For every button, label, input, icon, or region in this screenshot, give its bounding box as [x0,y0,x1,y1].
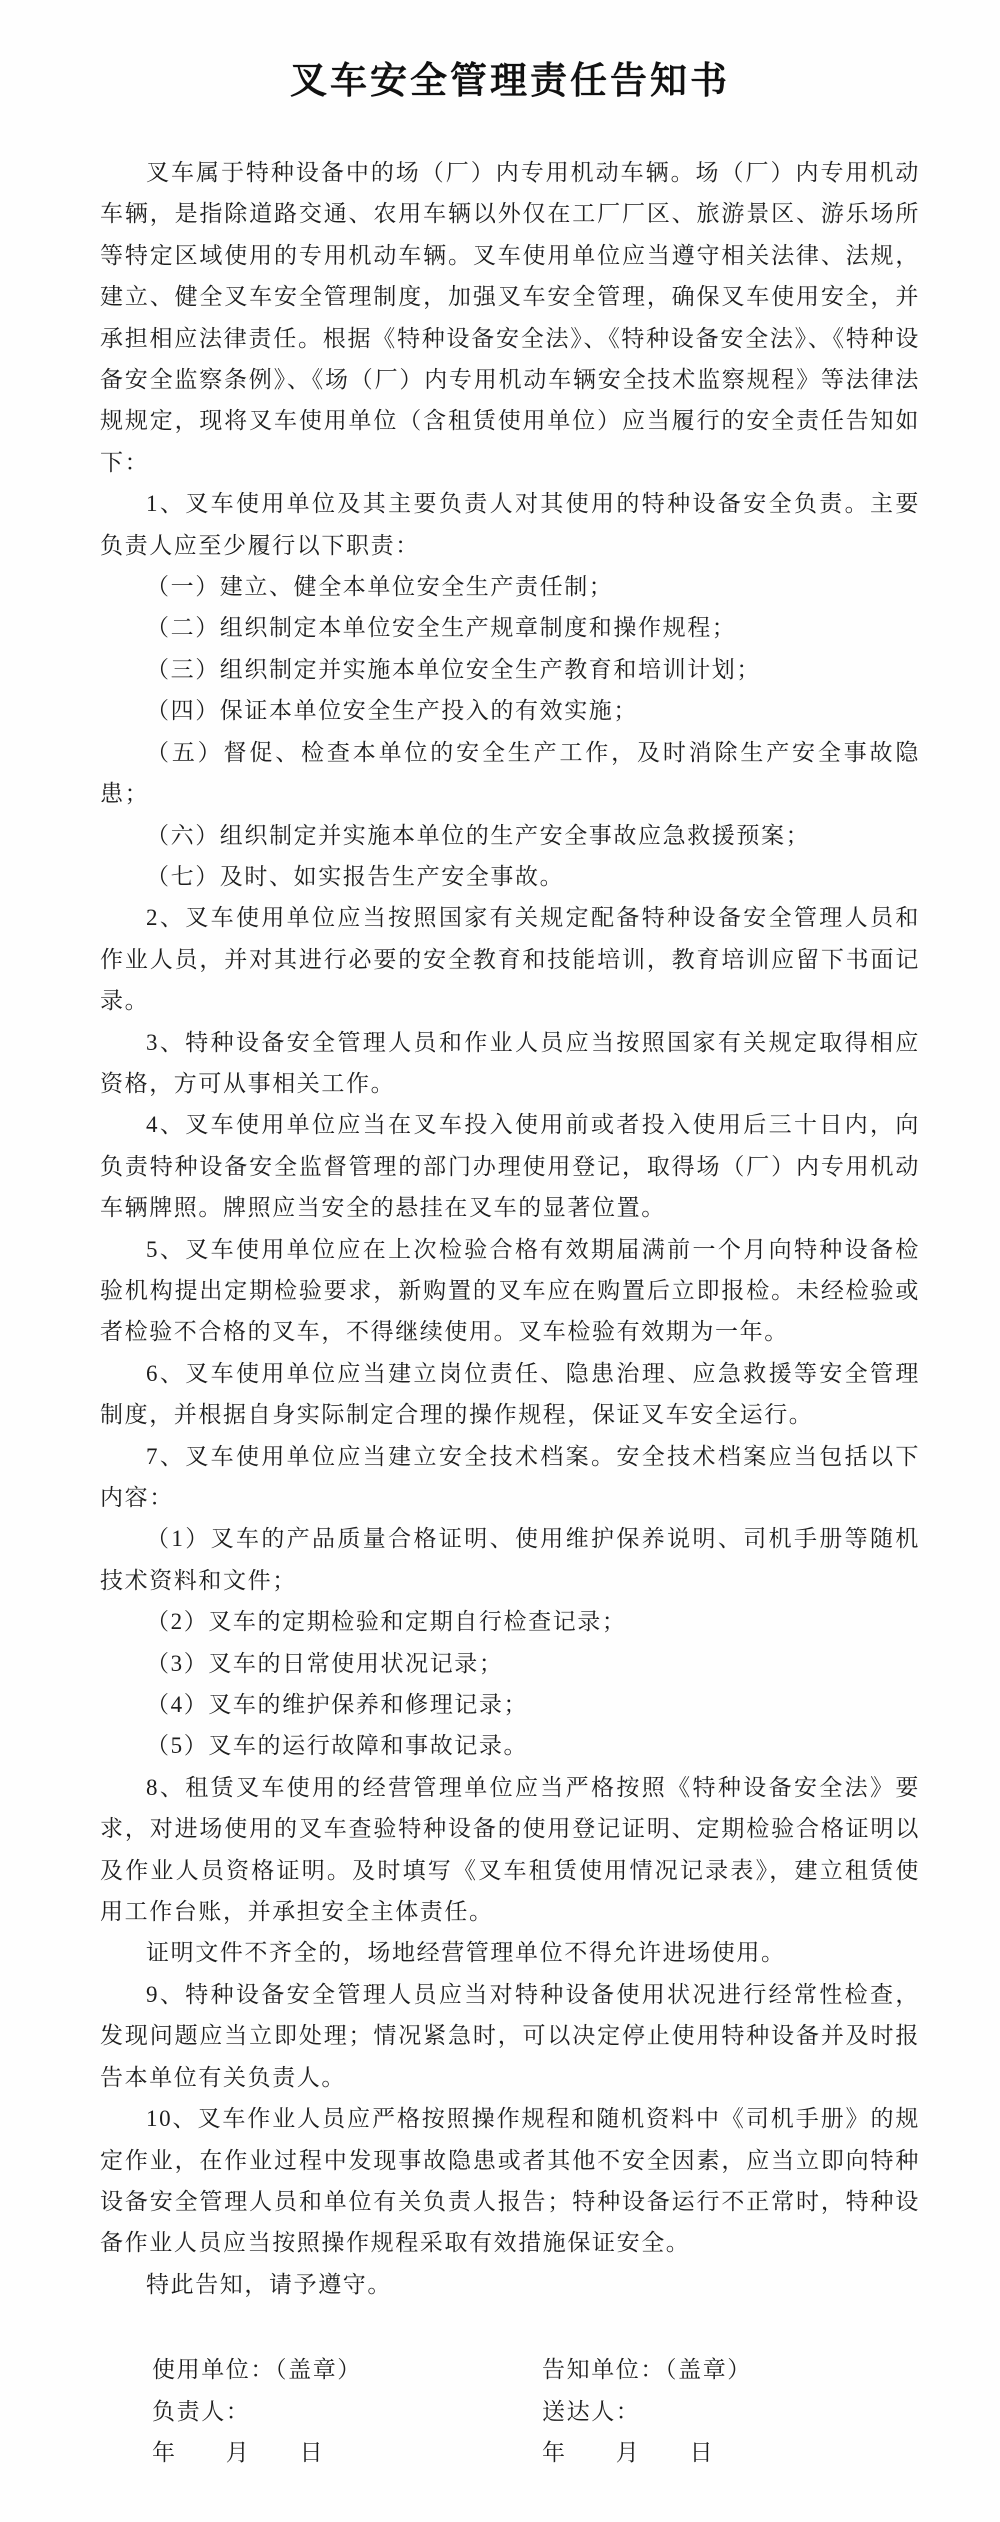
paragraph-item-1-sub-1: （一）建立、健全本单位安全生产责任制； [100,566,920,607]
paragraph-item-5: 5、叉车使用单位应在上次检验合格有效期届满前一个月向特种设备检验机构提出定期检验… [100,1229,920,1353]
paragraph-closing: 特此告知，请予遵守。 [100,2264,920,2305]
user-unit-seal-label: 使用单位：（盖章） [152,2349,392,2390]
document-body: 叉车属于特种设备中的场（厂）内专用机动车辆。场（厂）内专用机动车辆，是指除道路交… [100,152,920,2305]
paragraph-intro: 叉车属于特种设备中的场（厂）内专用机动车辆。场（厂）内专用机动车辆，是指除道路交… [100,152,920,483]
paragraph-item-9: 9、特种设备安全管理人员应当对特种设备使用状况进行经常性检查，发现问题应当立即处… [100,1974,920,2098]
notifying-unit-date-line: 年 月 日 [542,2432,782,2473]
paragraph-item-1-sub-2: （二）组织制定本单位安全生产规章制度和操作规程； [100,607,920,648]
paragraph-item-7-sub-2: （2）叉车的定期检验和定期自行检查记录； [100,1601,920,1642]
deliverer-label: 送达人： [542,2391,782,2432]
paragraph-item-7-sub-4: （4）叉车的维护保养和修理记录； [100,1684,920,1725]
paragraph-item-4: 4、叉车使用单位应当在叉车投入使用前或者投入使用后三十日内，向负责特种设备安全监… [100,1104,920,1228]
document-page: 叉车安全管理责任告知书 叉车属于特种设备中的场（厂）内专用机动车辆。场（厂）内专… [0,0,1000,2522]
paragraph-item-7-sub-1: （1）叉车的产品质量合格证明、使用维护保养说明、司机手册等随机技术资料和文件； [100,1518,920,1601]
signature-column-notifying-unit: 告知单位：（盖章） 送达人： 年 月 日 [542,2349,782,2473]
document-title: 叉车安全管理责任告知书 [100,50,920,104]
paragraph-item-8: 8、租赁叉车使用的经营管理单位应当严格按照《特种设备安全法》要求，对进场使用的叉… [100,1767,920,1933]
paragraph-item-3: 3、特种设备安全管理人员和作业人员应当按照国家有关规定取得相应资格，方可从事相关… [100,1022,920,1105]
paragraph-item-7-sub-5: （5）叉车的运行故障和事故记录。 [100,1725,920,1766]
paragraph-item-6: 6、叉车使用单位应当建立岗位责任、隐患治理、应急救援等安全管理制度，并根据自身实… [100,1353,920,1436]
signature-column-user-unit: 使用单位：（盖章） 负责人： 年 月 日 [152,2349,392,2473]
paragraph-item-2: 2、叉车使用单位应当按照国家有关规定配备特种设备安全管理人员和作业人员，并对其进… [100,897,920,1021]
user-unit-date-line: 年 月 日 [152,2432,392,2473]
paragraph-item-8-note: 证明文件不齐全的，场地经营管理单位不得允许进场使用。 [100,1932,920,1973]
paragraph-item-1-sub-5: （五）督促、检查本单位的安全生产工作，及时消除生产安全事故隐患； [100,732,920,815]
paragraph-item-7-sub-3: （3）叉车的日常使用状况记录； [100,1643,920,1684]
responsible-person-label: 负责人： [152,2391,392,2432]
paragraph-item-1: 1、叉车使用单位及其主要负责人对其使用的特种设备安全负责。主要负责人应至少履行以… [100,483,920,566]
signature-block: 使用单位：（盖章） 负责人： 年 月 日 告知单位：（盖章） 送达人： 年 月 … [100,2349,920,2473]
paragraph-item-7: 7、叉车使用单位应当建立安全技术档案。安全技术档案应当包括以下内容： [100,1436,920,1519]
notifying-unit-seal-label: 告知单位：（盖章） [542,2349,782,2390]
paragraph-item-1-sub-7: （七）及时、如实报告生产安全事故。 [100,856,920,897]
paragraph-item-10: 10、叉车作业人员应严格按照操作规程和随机资料中《司机手册》的规定作业，在作业过… [100,2098,920,2264]
paragraph-item-1-sub-6: （六）组织制定并实施本单位的生产安全事故应急救援预案； [100,815,920,856]
paragraph-item-1-sub-3: （三）组织制定并实施本单位安全生产教育和培训计划； [100,649,920,690]
paragraph-item-1-sub-4: （四）保证本单位安全生产投入的有效实施； [100,690,920,731]
